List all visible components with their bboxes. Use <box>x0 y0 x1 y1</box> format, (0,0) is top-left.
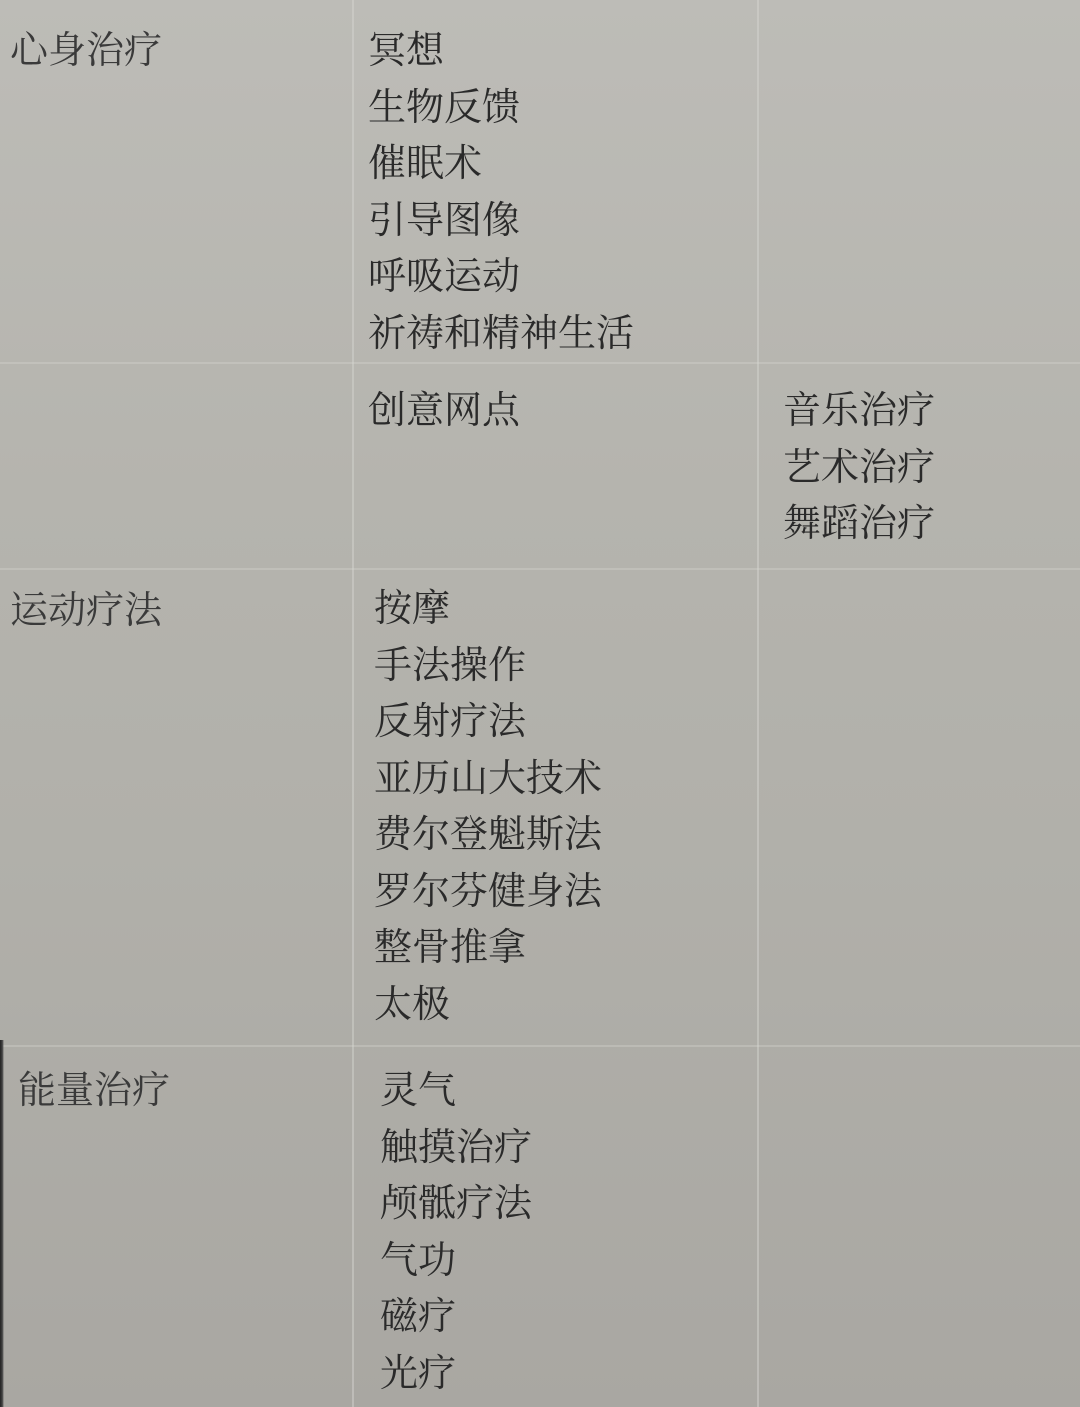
subgroup-items-creative: 音乐治疗 艺术治疗 舞蹈治疗 <box>783 382 935 552</box>
item-list-energy: 灵气 触摸治疗 颅骶疗法 气功 磁疗 光疗 <box>380 1062 532 1401</box>
category-mind-body: 心身治疗 <box>10 22 162 79</box>
list-item: 冥想 <box>368 22 634 79</box>
list-item: 祈祷和精神生活 <box>368 305 634 362</box>
list-item: 催眠术 <box>368 135 634 192</box>
column-divider <box>757 0 759 1407</box>
list-item: 磁疗 <box>380 1288 532 1345</box>
list-item: 手法操作 <box>374 637 602 694</box>
column-divider <box>352 0 354 1407</box>
list-item: 呼吸运动 <box>368 248 634 305</box>
list-item: 颅骶疗法 <box>380 1175 532 1232</box>
list-item: 触摸治疗 <box>380 1119 532 1176</box>
printed-page: 心身治疗 冥想 生物反馈 催眠术 引导图像 呼吸运动 祈祷和精神生活 创意网点 … <box>0 0 1080 1407</box>
list-item: 生物反馈 <box>368 79 634 136</box>
item-list-movement: 按摩 手法操作 反射疗法 亚历山大技术 费尔登魁斯法 罗尔芬健身法 整骨推拿 太… <box>374 580 602 1032</box>
page-edge-shadow <box>0 1040 4 1407</box>
list-item: 反射疗法 <box>374 693 602 750</box>
list-item: 舞蹈治疗 <box>783 495 935 552</box>
list-item: 灵气 <box>380 1062 532 1119</box>
list-item: 太极 <box>374 976 602 1033</box>
list-item: 艺术治疗 <box>783 439 935 496</box>
item-list-mind-body: 冥想 生物反馈 催眠术 引导图像 呼吸运动 祈祷和精神生活 <box>368 22 634 361</box>
subgroup-label-creative: 创意网点 <box>368 382 520 439</box>
category-energy: 能量治疗 <box>18 1062 170 1119</box>
list-item: 光疗 <box>380 1345 532 1402</box>
list-item: 引导图像 <box>368 192 634 249</box>
row-divider <box>0 362 1080 364</box>
category-movement: 运动疗法 <box>10 582 162 639</box>
row-divider <box>0 1045 1080 1047</box>
list-item: 整骨推拿 <box>374 919 602 976</box>
row-divider <box>0 568 1080 570</box>
list-item: 按摩 <box>374 580 602 637</box>
list-item: 音乐治疗 <box>783 382 935 439</box>
list-item: 亚历山大技术 <box>374 750 602 807</box>
list-item: 气功 <box>380 1232 532 1289</box>
list-item: 费尔登魁斯法 <box>374 806 602 863</box>
list-item: 罗尔芬健身法 <box>374 863 602 920</box>
